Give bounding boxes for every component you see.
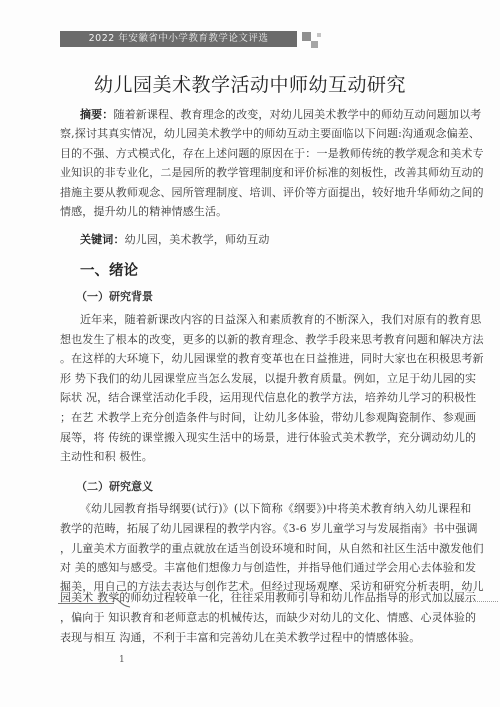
abstract-line: 目的不强、方式模式化，存在上述问题的原因在于：一是教师传统的教学观念和美术专: [60, 147, 450, 161]
keywords-value: 幼儿园，美术教学，师幼互动: [125, 233, 270, 246]
running-header: 2022 年安徽省中小学教育教学论文评选: [60, 31, 297, 47]
body-line: 际状 况，结合课堂活动化手段，运用现代信息化的教学方法，培养幼儿学习的积极性: [60, 391, 450, 405]
body-line: 教学的范畴，拓展了幼儿园课程的教学内容。《3-6 岁儿童学习与发展指南》书中强调: [60, 522, 450, 536]
body-line: ，儿童美术方面教学的重点就放在适当创设环境和时间，从自然和社区生活中激发他们: [60, 542, 450, 556]
keywords-label: 关键词：: [80, 233, 125, 246]
decorative-square-icon: [311, 41, 318, 48]
pen-stroke-icon: [108, 594, 132, 608]
page-number: 1: [119, 655, 125, 665]
body-line: 。在这样的大环境下，幼儿园课堂的教育变革也在日益推进，同时大家也在积极思考新: [60, 352, 450, 366]
abstract-line: 业知识的非专业化，二是园所的教学管理制度和评价标准的刻板性，改善其师幼互动的: [60, 166, 450, 180]
document-title: 幼儿园美术教学活动中师幼互动研究: [0, 70, 500, 97]
handwritten-underline: [58, 603, 114, 604]
abstract-line: 摘要：随着新课程、教育理念的改变，对幼儿园美术教学中的师幼互动问题加以考: [80, 108, 450, 122]
body-line: ，偏向于 知识教育和老师意志的机械传达，而缺少对幼儿的文化、情感、心灵体验的: [60, 611, 450, 625]
body-line: ；在艺 术教学上充分创造条件与时间，让幼儿多体验，带幼儿参观陶瓷制作、参观画: [60, 411, 450, 425]
abstract-line: 措施主要从教师观念、园所管理制度、培训、评价等方面提出，较好地升华师幼之间的: [60, 186, 450, 200]
body-line: 近年来，随着新课改内容的日益深入和素质教育的不断深入，我们对原有的教育思: [80, 313, 450, 327]
body-line: 表现与相互 沟通，不利于丰富和完善幼儿在美术教学过程中的情感体验。: [60, 631, 450, 645]
body-line: 主动性和积 极性。: [60, 450, 450, 464]
decorative-square-icon: [317, 33, 321, 37]
body-line: 展等，将 传统的课堂搬入现实生活中的场景，进行体验式美术教学，充分调动幼儿的: [60, 431, 450, 445]
subsection-heading: （二）研究意义: [76, 478, 153, 494]
body-line: 形 势下我们的幼儿园课堂应当怎么发展，以提升教育质量。例如，立足于幼儿园的实: [60, 372, 450, 386]
decorative-square-icon: [302, 32, 311, 41]
body-line: 《幼儿园教育指导纲要(试行)》(以下简称《纲要》)中将美术教育纳入幼儿课程和: [80, 502, 450, 516]
dotted-leader: [440, 601, 498, 602]
keywords-line: 关键词：幼儿园，美术教学，师幼互动: [80, 233, 450, 247]
body-line: 对 美的感知与感受。丰富他们想像力与创造性，并指导他们通过学会用心去体验和发: [60, 561, 450, 575]
document-page: 2022 年安徽省中小学教育教学论文评选 幼儿园美术教学活动中师幼互动研究 摘要…: [0, 0, 500, 707]
abstract-label: 摘要：: [80, 108, 113, 121]
body-line: 想也发生了根本的改变，更多的以新的教育理念、教学手段来思考教育问题和解决方法: [60, 333, 450, 347]
section-heading: 一、绪论: [80, 259, 138, 280]
abstract-line: 情感，提升幼儿的精神情感生活。: [60, 205, 450, 219]
abstract-line: 察,探讨其真实情况，幼儿园美术教学中的师幼互动主要面临以下问题:沟通观念偏差、: [60, 127, 450, 141]
subsection-heading: （一）研究背景: [76, 288, 153, 304]
